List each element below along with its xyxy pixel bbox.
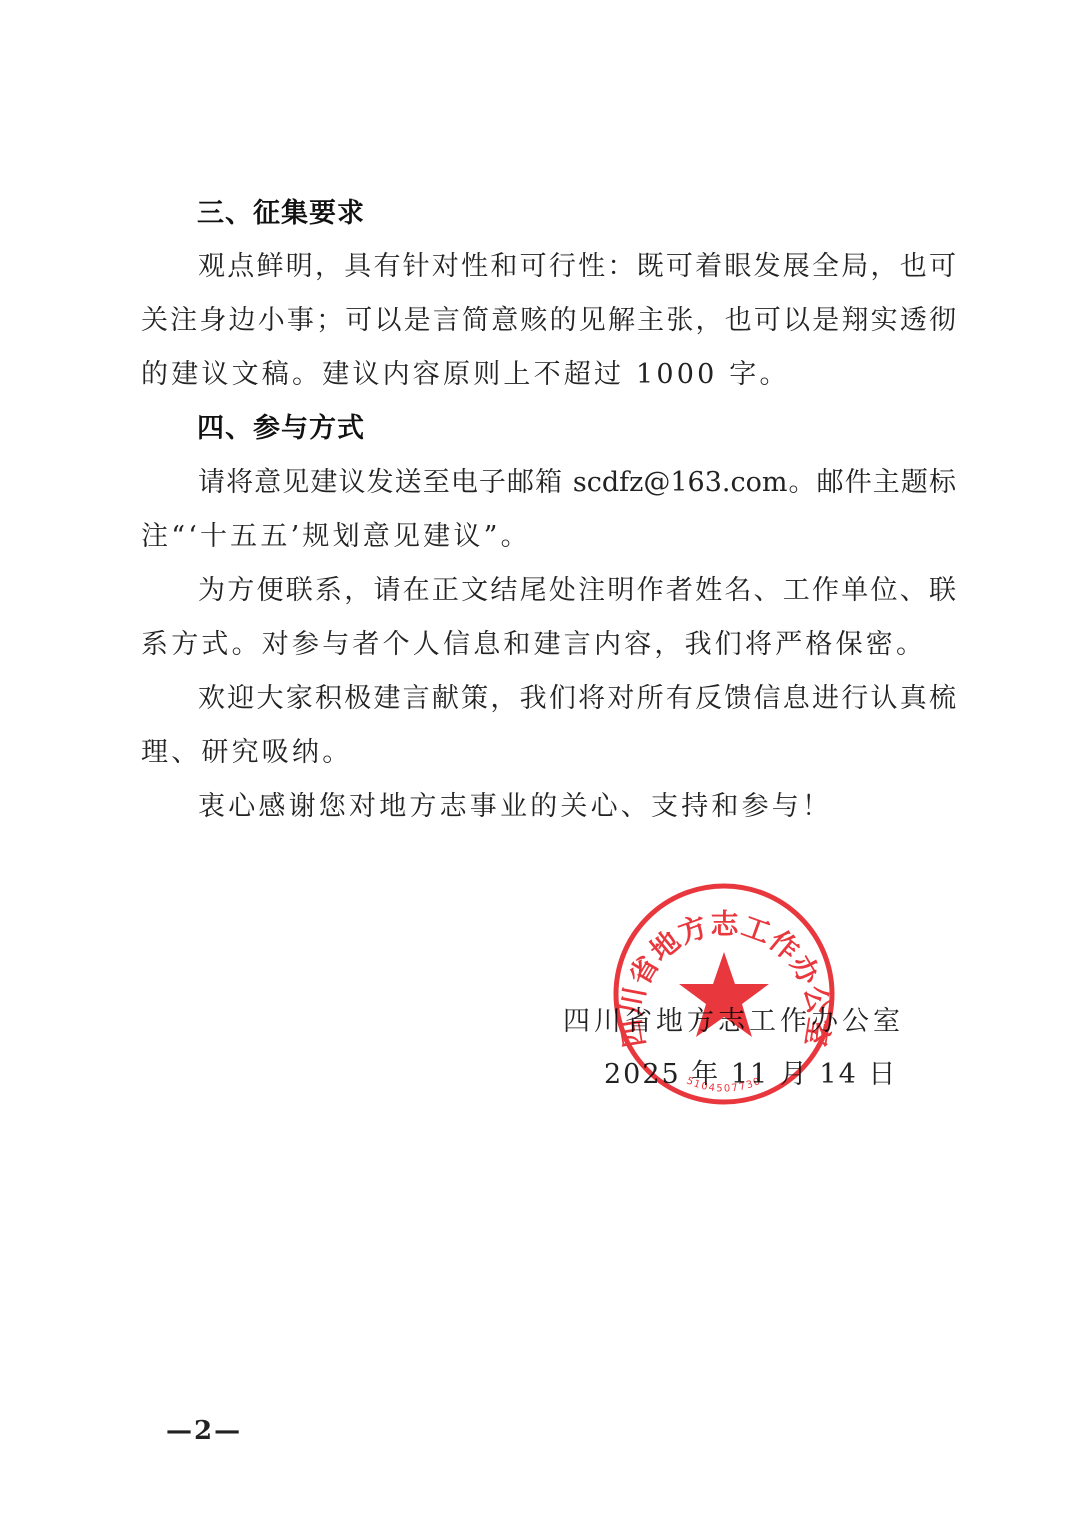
paragraph-line: 注“‘十五五’规划意见建议”。 bbox=[141, 520, 531, 554]
paragraph-line: 欢迎大家积极建言献策，我们将对所有反馈信息进行认真梳 bbox=[198, 682, 956, 716]
paragraph-line: 请将意见建议发送至电子邮箱 scdfz@163.com。邮件主题标 bbox=[198, 466, 956, 500]
paragraph-line: 关注身边小事；可以是言简意赅的见解主张，也可以是翔实透彻 bbox=[141, 304, 956, 338]
paragraph-line: 系方式。对参与者个人信息和建言内容，我们将严格保密。 bbox=[141, 628, 926, 662]
document-page: 三、征集要求 观点鲜明，具有针对性和可行性：既可着眼发展全局，也可 关注身边小事… bbox=[0, 0, 1080, 1526]
section-heading-4: 四、参与方式 bbox=[197, 412, 365, 446]
paragraph-line: 理、研究吸纳。 bbox=[141, 736, 352, 770]
paragraph-line: 的建议文稿。建议内容原则上不超过 1000 字。 bbox=[141, 358, 790, 392]
svg-text:5104507730: 5104507730 bbox=[685, 1076, 764, 1095]
paragraph-line: 衷心感谢您对地方志事业的关心、支持和参与！ bbox=[198, 790, 832, 824]
paragraph-line: 观点鲜明，具有针对性和可行性：既可着眼发展全局，也可 bbox=[198, 250, 956, 284]
page-number: —2— bbox=[166, 1416, 242, 1446]
section-heading-3: 三、征集要求 bbox=[197, 197, 365, 231]
paragraph-line: 为方便联系，请在正文结尾处注明作者姓名、工作单位、联 bbox=[198, 574, 956, 608]
official-seal-icon: 四川省地方志工作办公室 5104507730 bbox=[610, 880, 838, 1108]
